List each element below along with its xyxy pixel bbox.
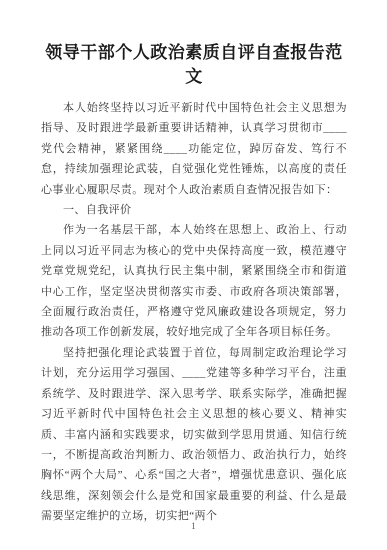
document-page: 领导干部个人政治素质自评自查报告范文 本人始终坚持以习近平新时代中国特色社会主义… [0,0,387,550]
paragraph-self-evaluation-1: 作为一名基层干部，本人始终在思想上、政治上、行动上同以习近平同志为核心的党中央保… [41,220,347,342]
document-content: 领导干部个人政治素质自评自查报告范文 本人始终坚持以习近平新时代中国特色社会主义… [41,41,347,527]
page-number: 1 [0,521,387,531]
paragraph-self-evaluation-2: 坚持把强化理论武装置于首位，每周制定政治理论学习计划，充分运用学习强国、____… [41,343,347,527]
section-heading-self-evaluation: 一、自我评价 [41,200,347,220]
document-title: 领导干部个人政治素质自评自查报告范文 [41,41,347,89]
paragraph-intro: 本人始终坚持以习近平新时代中国特色社会主义思想为指导、及时跟进学最新重要讲话精神… [41,98,347,200]
